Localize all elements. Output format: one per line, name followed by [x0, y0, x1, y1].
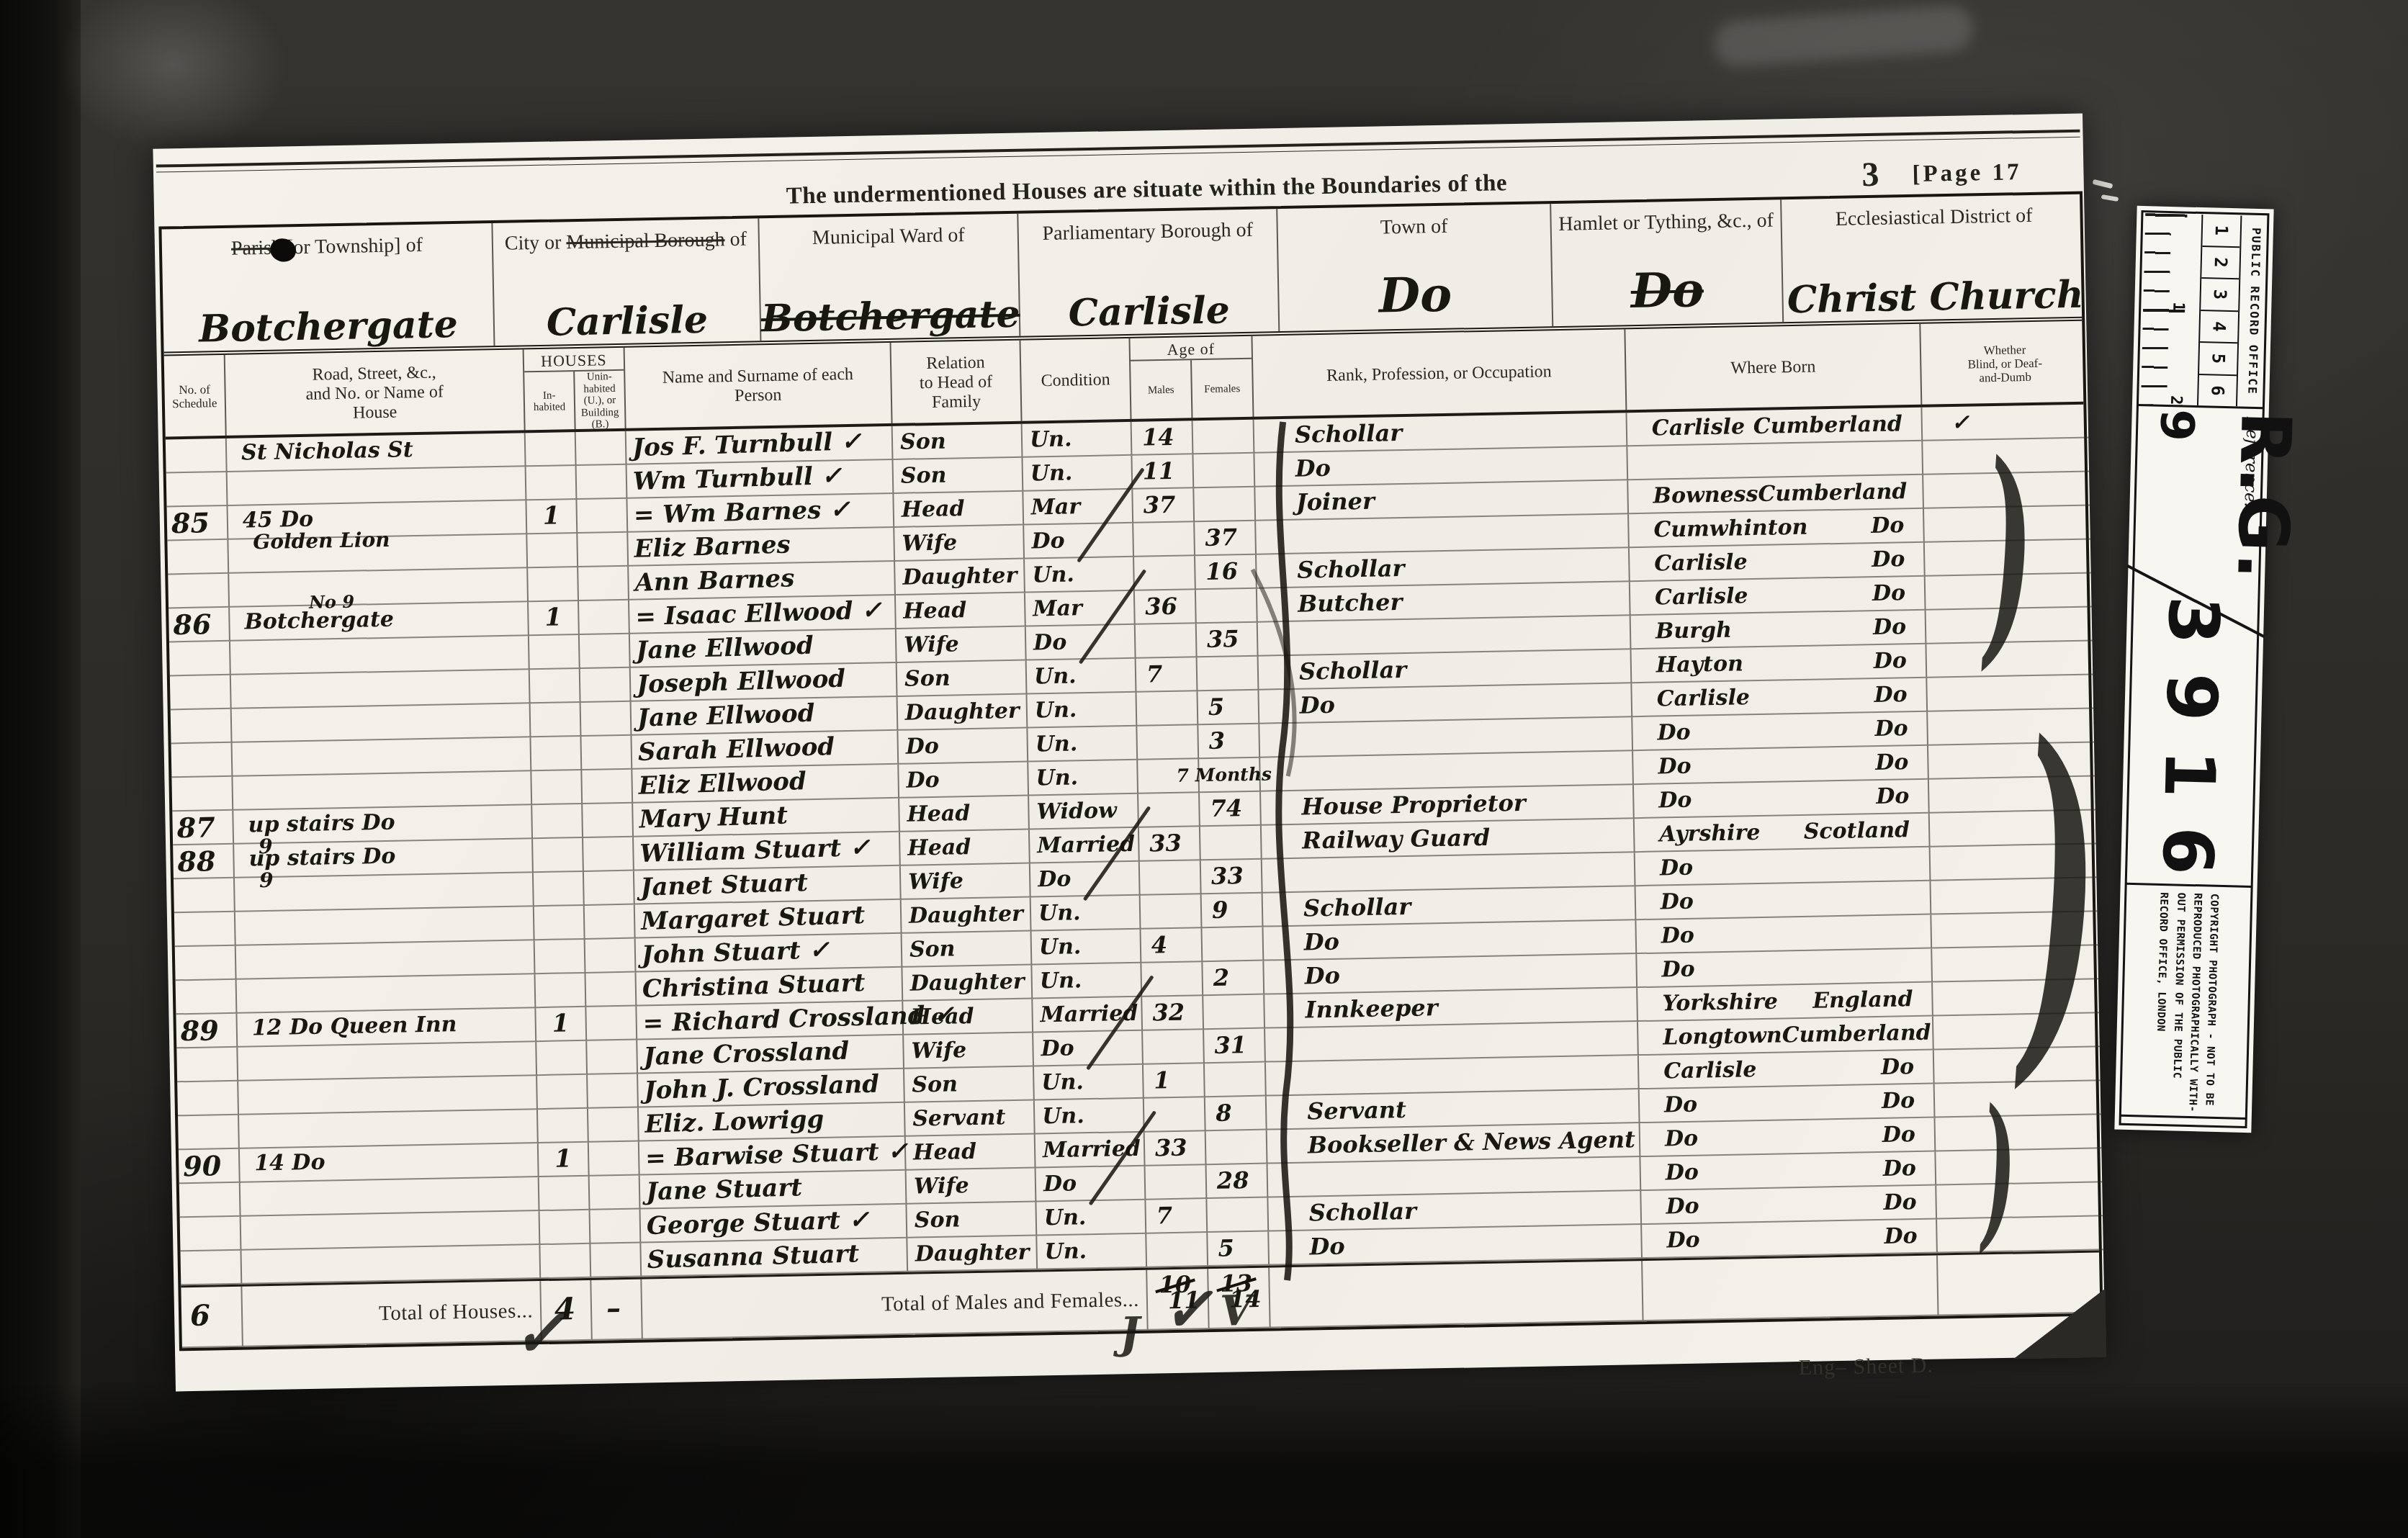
cell-age-female: [1202, 927, 1264, 963]
cell-street: [228, 467, 527, 506]
cell-born: DoDo: [1640, 1084, 1936, 1124]
cell-born: DoDo: [1640, 1118, 1936, 1158]
cell-street: [230, 636, 530, 675]
cell-condition: Married: [1030, 828, 1140, 864]
cell-occupation: Do: [1269, 1225, 1643, 1265]
cell-condition: Un.: [1028, 693, 1138, 729]
cell-street: [233, 737, 532, 777]
cell-age-male: [1136, 624, 1198, 659]
cell-schedule: 85: [167, 506, 229, 541]
total-houses-uninhabited: –: [591, 1280, 643, 1341]
cell-relation: Daughter: [902, 966, 1033, 1002]
ruler-inch-2: 2: [2167, 395, 2185, 405]
cell-condition: Do: [1026, 625, 1136, 661]
cell-schedule: [169, 642, 231, 677]
total-persons-label: Total of Males and Females...: [642, 1270, 1148, 1340]
cell-inhabited: [531, 703, 582, 737]
cell-condition: Un.: [1027, 659, 1137, 695]
cell-age-male: [1141, 894, 1203, 930]
cell-name: Sarah Ellwood: [632, 731, 899, 770]
cell-schedule: [177, 1081, 239, 1117]
cell-name: Susanna Stuart: [641, 1238, 908, 1277]
film-edge-bar: [0, 0, 81, 1538]
cell-condition: Do: [1036, 1166, 1146, 1202]
boundary-cell-2: Municipal Ward ofBotchergate: [759, 214, 1020, 341]
form-table: Parish [or Township] ofBotchergateCity o…: [158, 192, 2103, 1352]
film-light-patch: [58, 0, 288, 151]
cell-uninhabited: [586, 1007, 637, 1041]
cell-born: Do: [1636, 881, 1932, 921]
cell-born: CumwhintonDo: [1629, 509, 1925, 549]
cell-street: [231, 670, 531, 709]
cell-age-male: [1133, 522, 1195, 557]
pro-reference-strip: PUBLIC RECORD OFFICE 123456 1 2 Referenc…: [2114, 206, 2273, 1133]
cell-uninhabited: [585, 973, 637, 1007]
col-header-males: Males: [1131, 360, 1192, 421]
cell-name: = Barwise Stuart ✓: [639, 1137, 907, 1176]
boundary-label: Ecclesiastical District of: [1782, 194, 2086, 233]
cell-age-female: 28: [1207, 1164, 1269, 1200]
cell-name: Wm Turnbull ✓: [627, 460, 894, 499]
cell-age-male: [1146, 1165, 1208, 1200]
cell-relation: Son: [893, 424, 1023, 460]
cell-born: CarlisleDo: [1630, 543, 1926, 583]
ruler-cm-number: 4: [2200, 311, 2238, 344]
cell-inhabited: [526, 432, 577, 467]
film-speck: [2093, 179, 2113, 189]
cell-relation: Wife: [894, 526, 1025, 562]
cell-relation: Head: [903, 999, 1033, 1035]
cell-born: DoDo: [1640, 1152, 1936, 1192]
cell-uninhabited: [587, 1040, 638, 1075]
cell-uninhabited: [581, 736, 632, 770]
cell-schedule: [180, 1217, 242, 1252]
cell-inhabited: [532, 804, 583, 839]
cell-condition: Do: [1033, 1031, 1144, 1067]
cell-schedule: 86: [169, 608, 230, 643]
cell-condition: Un.: [1031, 896, 1141, 932]
cell-age-male: 14: [1132, 421, 1194, 456]
col-header-street: Road, Street, &c., and No. or Name of Ho…: [225, 349, 526, 437]
cell-age-male: 7: [1146, 1199, 1208, 1234]
cell-age-male: 4: [1141, 928, 1203, 963]
cell-name: = Wm Barnes ✓: [627, 494, 894, 533]
cell-uninhabited: [584, 871, 635, 906]
cell-relation: Wife: [897, 627, 1027, 663]
cell-name: Eliz Barnes: [628, 528, 895, 567]
cell-born: DoDo: [1641, 1186, 1937, 1226]
col-header-houses: HOUSES In- habited Unin- habited (U.), o…: [524, 348, 626, 432]
pen-mark: ): [1980, 1087, 2018, 1254]
ruler-cm-number: 2: [2201, 247, 2239, 280]
cell-schedule: [171, 709, 233, 745]
cell-street: [229, 568, 529, 608]
cell-relation: Head: [906, 1134, 1036, 1170]
cell-age-female: [1196, 589, 1258, 624]
cell-infirm: [1936, 1148, 2103, 1185]
cell-inhabited: [535, 940, 586, 974]
cell-age-male: 32: [1142, 996, 1204, 1031]
boundary-label: Hamlet or Tything, &c., of: [1551, 199, 1781, 236]
cell-street: [233, 771, 532, 811]
cell-uninhabited: [579, 601, 630, 635]
public-record-office-label: PUBLIC RECORD OFFICE: [2245, 216, 2263, 407]
cell-uninhabited: [590, 1244, 642, 1278]
cell-relation: Head: [896, 593, 1026, 629]
cell-uninhabited: [583, 837, 634, 872]
cell-name: William Stuart ✓: [634, 832, 901, 871]
cell-street: 45 DoGolden Lion: [228, 500, 528, 540]
cell-uninhabited: [588, 1108, 639, 1143]
cell-street: [232, 703, 531, 743]
boundary-cell-0: Parish [or Township] ofBotchergate: [161, 223, 495, 351]
cell-street: 12 Do Queen Inn: [237, 1008, 536, 1048]
cell-born: CarlisleDo: [1639, 1051, 1935, 1090]
cell-age-female: 3: [1198, 724, 1260, 760]
cell-condition: Un.: [1023, 422, 1133, 458]
record-group-label: R.G. 9: [2141, 408, 2306, 598]
cell-condition: Un.: [1036, 1200, 1146, 1236]
cell-age-female: [1198, 657, 1259, 692]
cell-age-female: 37: [1195, 521, 1257, 557]
col-header-females: Females: [1192, 359, 1252, 420]
pen-mark: ): [2014, 696, 2104, 1087]
cell-uninhabited: [578, 533, 629, 567]
cell-born: BurghDo: [1631, 611, 1927, 650]
cell-inhabited: 1: [526, 500, 578, 534]
cell-inhabited: 1: [529, 601, 580, 636]
pen-mark: V: [1220, 1290, 1253, 1332]
cell-age-female: 2: [1203, 961, 1264, 997]
sheet-footer: Eng– Sheet D.: [1799, 1354, 1934, 1380]
pen-mark: ✓: [1162, 1279, 1213, 1340]
cell-street: [241, 1211, 541, 1251]
cell-age-female: 8: [1205, 1097, 1267, 1132]
cell-uninhabited: [583, 804, 634, 838]
boundary-label: Parliamentary Borough of: [1018, 209, 1277, 246]
cell-age-female: 9: [1202, 894, 1264, 929]
cell-condition: Un.: [1037, 1234, 1147, 1270]
cell-schedule: [179, 1183, 241, 1218]
cell-age-female: 16: [1195, 555, 1257, 590]
col-header-relation: Relation to Head of Family: [891, 341, 1023, 426]
cell-street: [238, 1042, 537, 1081]
pen-mark: J: [1119, 1312, 1140, 1356]
cell-born: LongtownCumberland: [1638, 1017, 1934, 1056]
cell-condition: Do: [1024, 523, 1134, 559]
pen-mark: ): [1981, 431, 2036, 670]
cell-schedule: [180, 1251, 242, 1286]
cell-street: [235, 873, 534, 912]
col-header-uninhabited: Unin- habited (U.), or Building (B.): [575, 371, 625, 431]
cell-inhabited: [538, 1109, 589, 1143]
cell-street: [235, 907, 535, 946]
cell-name: John J. Crossland: [638, 1069, 905, 1108]
ruler-cm-number: 5: [2199, 343, 2237, 376]
cell-age-female: [1194, 487, 1256, 523]
cell-inhabited: [533, 838, 584, 873]
pro-strip-content: PUBLIC RECORD OFFICE 123456 1 2 Referenc…: [2114, 206, 2273, 1133]
cell-born: HaytonDo: [1632, 644, 1928, 684]
cell-uninhabited: [585, 939, 637, 973]
cell-name: George Stuart ✓: [641, 1205, 908, 1244]
cell-born: DoDo: [1642, 1220, 1938, 1259]
cell-uninhabited: [590, 1210, 642, 1244]
cell-street: up stairs Do9: [233, 805, 533, 845]
cell-uninhabited: [577, 465, 628, 500]
film-scratch: [1712, 4, 1975, 68]
cell-born: CarlisleDo: [1630, 577, 1926, 616]
boundary-cell-6: Ecclesiastical District ofChrist Church: [1782, 194, 2088, 323]
col-header-schedule: No. of Schedule: [164, 355, 227, 439]
cell-age-male: 33: [1139, 827, 1201, 862]
ruler-minor-ticks: [2141, 213, 2171, 405]
cell-condition: Un.: [1025, 557, 1135, 593]
cell-street: up stairs Do9: [234, 839, 534, 878]
cell-born: YorkshireEngland: [1637, 983, 1933, 1022]
col-header-born: Where Born: [1625, 324, 1922, 412]
cell-born: Do: [1636, 915, 1932, 955]
cell-schedule: [170, 675, 232, 711]
cell-uninhabited: [590, 1176, 641, 1210]
strip-reference-section: Reference:- R.G. 9: [2134, 404, 2263, 598]
cell-schedule: [167, 540, 229, 575]
cell-schedule: [176, 1048, 238, 1083]
cell-relation: Wife: [904, 1033, 1034, 1069]
totals-blank: [1643, 1256, 1938, 1321]
ruler-cm-scale: 123456: [2197, 215, 2242, 406]
boundary-label: City or Municipal Borough of: [493, 218, 758, 256]
cell-name: = Isaac Ellwood ✓: [629, 595, 897, 634]
strip-ruler-section: PUBLIC RECORD OFFICE 123456 1 2: [2138, 213, 2268, 409]
cell-condition: Widow: [1029, 794, 1139, 830]
total-houses-label: Total of Houses...: [242, 1281, 542, 1347]
cell-name: = Richard Crossland ✓: [637, 1002, 904, 1040]
cell-age-female: 5: [1208, 1232, 1270, 1267]
cell-schedule: 88: [173, 845, 235, 880]
boundary-value: Carlisle: [494, 300, 760, 343]
boundary-value: Christ Church: [1783, 276, 2088, 320]
cell-age-female: 7 Months: [1199, 758, 1261, 793]
cell-street: St Nicholas St: [227, 433, 526, 472]
strip-copyright-section: COPYRIGHT PHOTOGRAPH - NOT TO BE REPRODU…: [2121, 883, 2252, 1120]
enumeration-rows: St Nicholas StJos F. Turnbull ✓SonUn.14S…: [166, 405, 2099, 1286]
cell-name: Christina Stuart: [636, 968, 903, 1007]
cell-born: CarlisleDo: [1632, 678, 1928, 718]
cell-street: [241, 1245, 541, 1285]
cell-relation: Son: [902, 932, 1033, 968]
cell-inhabited: [526, 466, 578, 500]
cell-age-male: [1136, 691, 1198, 727]
cell-uninhabited: [588, 1074, 639, 1109]
cell-relation: Son: [897, 661, 1028, 697]
boundary-value: Do: [1553, 264, 1782, 316]
cell-born: DoDo: [1633, 746, 1929, 786]
ruler-cm-number: 1: [2202, 215, 2240, 248]
cell-inhabited: [539, 1177, 590, 1211]
cell-relation: Do: [899, 763, 1029, 799]
cell-age-female: [1205, 1063, 1267, 1098]
cell-age-male: [1146, 1233, 1208, 1268]
microfilm-scan: The undermentioned Houses are situate wi…: [0, 0, 2408, 1538]
cell-name: Joseph Ellwood: [631, 663, 898, 702]
cell-age-female: [1207, 1198, 1269, 1233]
cell-age-male: [1137, 725, 1199, 760]
cell-name: Jos F. Turnbull ✓: [626, 426, 894, 465]
boundary-cell-4: Town ofDo: [1277, 204, 1553, 331]
cell-inhabited: [536, 973, 587, 1008]
cell-infirm: [1937, 1216, 2105, 1253]
pen-mark: ✓: [511, 1299, 568, 1366]
cell-inhabited: [527, 534, 578, 568]
cell-age-male: [1140, 860, 1202, 896]
cell-inhabited: [531, 737, 582, 771]
cell-schedule: [166, 472, 228, 508]
cell-condition: Married: [1035, 1133, 1146, 1169]
cell-age-female: 31: [1204, 1029, 1266, 1064]
cell-relation: Wife: [907, 1168, 1037, 1204]
cell-born: BownessCumberland: [1628, 475, 1924, 515]
cell-schedule: [166, 439, 228, 474]
boundary-label: Parish [or Township] of: [161, 223, 492, 262]
cell-age-female: [1193, 420, 1255, 455]
cell-born: Do: [1635, 847, 1931, 887]
cell-schedule: 87: [172, 811, 234, 846]
cell-inhabited: [537, 1075, 588, 1110]
boundary-value: Botchergate: [760, 296, 1019, 338]
cell-relation: Head: [899, 796, 1030, 832]
cell-inhabited: [530, 669, 581, 703]
boundary-value: Do: [1279, 269, 1552, 321]
cell-inhabited: 1: [536, 1007, 587, 1042]
cell-age-male: 7: [1136, 657, 1198, 693]
cell-age-male: [1143, 1030, 1205, 1065]
cell-inhabited: [540, 1244, 591, 1279]
cell-schedule: [174, 878, 235, 914]
cell-relation: Wife: [901, 864, 1031, 900]
cell-born: Do: [1637, 949, 1933, 989]
totals-blank: [1938, 1252, 2106, 1316]
cell-condition: Un.: [1034, 1065, 1144, 1101]
cell-condition: Un.: [1032, 930, 1142, 966]
cell-condition: Mar: [1023, 490, 1133, 526]
cell-age-female: [1193, 454, 1255, 489]
cell-uninhabited: [581, 702, 632, 737]
cell-age-male: 33: [1145, 1131, 1207, 1166]
cell-street: No 9Botchergate: [230, 602, 529, 642]
totals-schedule-count: 6: [181, 1287, 243, 1349]
col-header-inhabited: In- habited: [524, 372, 576, 432]
cell-inhabited: [531, 770, 583, 805]
cell-age-male: 37: [1133, 488, 1195, 523]
ruler-cm-number: 6: [2198, 375, 2237, 407]
cell-name: Eliz Ellwood: [632, 765, 899, 804]
cell-uninhabited: [585, 905, 636, 940]
film-speck: [2101, 194, 2119, 202]
boundary-label: Municipal Ward of: [759, 214, 1017, 251]
cell-name: Margaret Stuart: [635, 900, 902, 939]
cell-schedule: 89: [176, 1014, 238, 1049]
cell-street: [236, 940, 536, 980]
cell-schedule: [168, 574, 230, 609]
film-vignette: [0, 1380, 2408, 1538]
cell-born: CarlisleCumberland: [1627, 408, 1923, 447]
ruler-cm-number: 3: [2201, 279, 2239, 312]
boundary-value: Carlisle: [1020, 291, 1278, 333]
folio-number: 3: [1861, 155, 1879, 194]
cell-relation: Son: [904, 1066, 1035, 1102]
piece-number: 3916: [2147, 595, 2234, 886]
cell-infirm: [1935, 1115, 2103, 1151]
cell-condition: Do: [1030, 862, 1141, 898]
cell-age-female: 33: [1201, 860, 1263, 895]
cell-age-female: [1203, 995, 1265, 1030]
cell-age-female: [1200, 826, 1262, 861]
cell-relation: Daughter: [907, 1236, 1038, 1272]
cell-street: 14 Do: [240, 1143, 539, 1183]
cell-relation: Do: [898, 729, 1028, 765]
cell-relation: Head: [900, 830, 1030, 866]
cell-inhabited: [528, 567, 579, 602]
cell-relation: Daughter: [898, 695, 1028, 731]
cell-street: [237, 974, 536, 1014]
cell-condition: Un.: [1023, 456, 1133, 492]
cell-age-female: 74: [1200, 792, 1262, 827]
cell-street: [238, 1076, 538, 1115]
strip-piece-section: 3916: [2126, 595, 2259, 888]
cell-age-male: 36: [1135, 590, 1197, 625]
cell-schedule: [178, 1115, 240, 1151]
cell-born: DoDo: [1634, 780, 1930, 819]
col-header-age: Age of Males Females: [1130, 336, 1254, 421]
cell-uninhabited: [577, 499, 628, 534]
cell-name: Jane Ellwood: [630, 629, 897, 668]
boundary-cell-1: City or Municipal Borough ofCarlisle: [493, 218, 761, 346]
totals-blank: [1270, 1261, 1643, 1328]
cell-inhabited: [540, 1210, 591, 1245]
cell-relation: Head: [894, 492, 1024, 528]
col-header-occupation: Rank, Profession, or Occupation: [1252, 329, 1627, 418]
cell-uninhabited: [576, 431, 627, 466]
ruler-inch-1: 1: [2169, 302, 2187, 312]
cell-uninhabited: [582, 770, 633, 804]
cell-age-female: [1206, 1130, 1268, 1166]
cell-inhabited: [536, 1041, 588, 1076]
cell-uninhabited: [578, 567, 629, 601]
cell-age-male: 1: [1144, 1063, 1205, 1099]
cell-schedule: [174, 912, 236, 948]
cell-age-female: 5: [1198, 691, 1259, 726]
col-header-infirm: Whether Blind, or Deaf- and-Dumb: [1920, 321, 2089, 407]
houses-group-title: HOUSES: [524, 348, 624, 372]
boundary-label: Town of: [1277, 204, 1550, 242]
cell-inhabited: [534, 872, 585, 907]
cell-uninhabited: [580, 634, 631, 669]
col-header-condition: Condition: [1020, 338, 1131, 423]
age-group-title: Age of: [1130, 336, 1252, 360]
boundary-value: Botchergate: [163, 305, 494, 348]
cell-condition: Married: [1033, 997, 1143, 1033]
cell-age-female: 35: [1197, 623, 1259, 658]
cell-infirm: [1936, 1182, 2104, 1219]
cell-born: AyrshireScotland: [1635, 814, 1931, 853]
cell-condition: Un.: [1028, 760, 1138, 796]
cell-relation: Daughter: [902, 898, 1032, 934]
boundary-cell-5: Hamlet or Tything, &c., ofDo: [1551, 199, 1784, 326]
census-page: The undermentioned Houses are situate wi…: [153, 114, 2105, 1392]
cell-street: [239, 1110, 539, 1149]
cell-condition: Un.: [1028, 727, 1138, 763]
